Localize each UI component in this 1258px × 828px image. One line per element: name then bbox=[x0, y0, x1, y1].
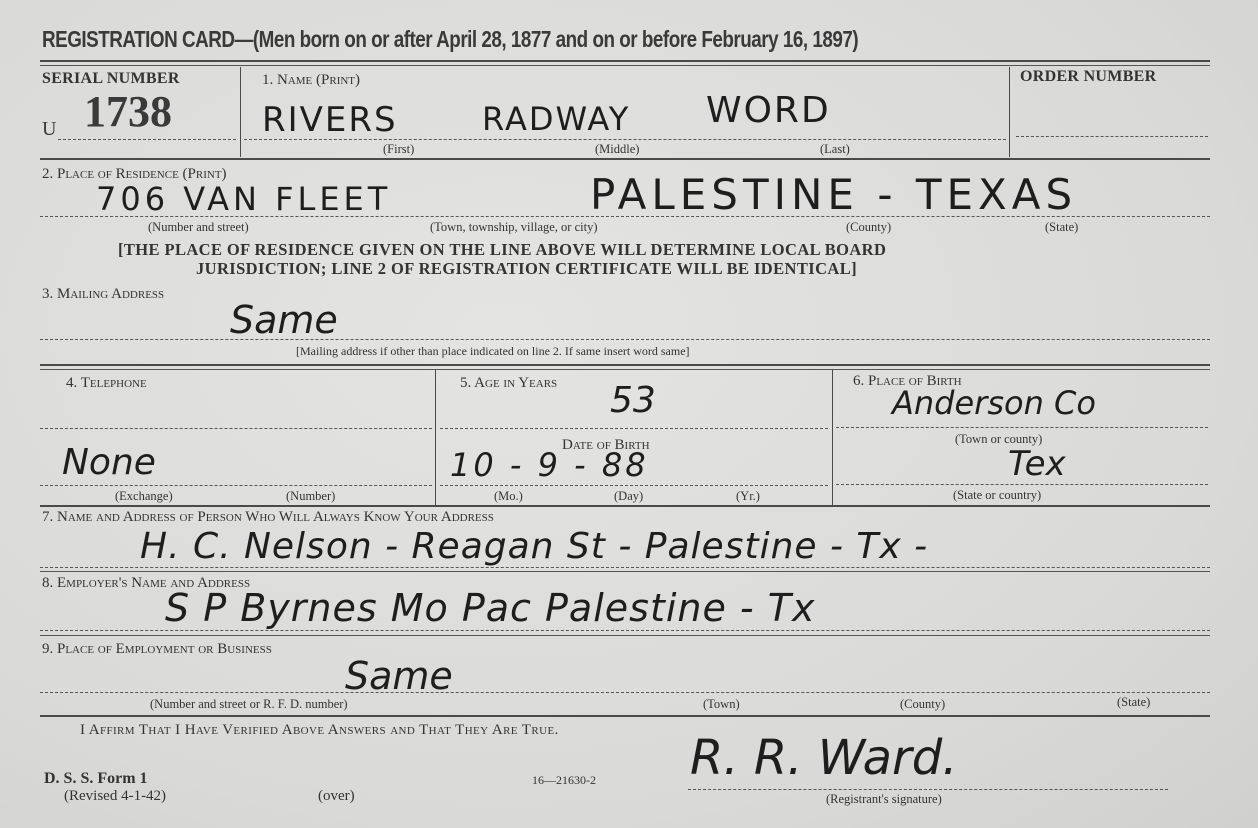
mailing-caption: [Mailing address if other than place ind… bbox=[296, 344, 690, 359]
age-underline bbox=[440, 428, 828, 429]
order-number-label: ORDER NUMBER bbox=[1020, 68, 1157, 86]
rule-3 bbox=[40, 364, 1210, 366]
serial-divider bbox=[240, 67, 241, 157]
card-title: REGISTRATION CARD—(Men born on or after … bbox=[42, 26, 858, 53]
form-number: D. S. S. Form 1 bbox=[44, 770, 148, 788]
name-middle-caption: (Middle) bbox=[595, 142, 639, 157]
employer-value: S P Byrnes Mo Pac Palestine - Tx bbox=[165, 586, 815, 630]
dob-month-caption: (Mo.) bbox=[494, 489, 523, 504]
rule-7 bbox=[40, 715, 1210, 717]
birthplace-town: Anderson Co bbox=[892, 384, 1096, 422]
age-value: 53 bbox=[610, 380, 656, 421]
order-divider bbox=[1009, 67, 1010, 157]
contact-label: 7. Name and Address of Person Who Will A… bbox=[42, 509, 494, 526]
signature-line bbox=[688, 789, 1168, 790]
tel-age-divider bbox=[435, 370, 436, 505]
jurisdiction-notice-line2: JURISDICTION; LINE 2 OF REGISTRATION CER… bbox=[196, 259, 857, 279]
over-note: (over) bbox=[318, 788, 355, 805]
employer-underline bbox=[40, 630, 1210, 631]
rule-6 bbox=[40, 635, 1210, 636]
residence-street-caption: (Number and street) bbox=[148, 220, 249, 235]
top-rule-2 bbox=[40, 65, 1210, 66]
name-label: 1. Name (Print) bbox=[262, 72, 360, 89]
employment-county-caption: (County) bbox=[900, 697, 945, 712]
serial-prefix: U bbox=[42, 118, 56, 141]
contact-underline bbox=[40, 567, 1210, 568]
mailing-address-value: Same bbox=[230, 298, 338, 342]
order-number-field bbox=[1016, 136, 1208, 137]
print-code: 16—21630-2 bbox=[532, 773, 596, 788]
registrant-signature: R. R. Ward. bbox=[690, 730, 957, 786]
name-first-caption: (First) bbox=[383, 142, 414, 157]
serial-underline bbox=[58, 139, 236, 140]
employment-underline bbox=[40, 692, 1210, 693]
rule-3b bbox=[40, 369, 1210, 370]
residence-street: 706 VAN FLEET bbox=[96, 180, 391, 218]
telephone-number-caption: (Number) bbox=[286, 489, 335, 504]
dob-year-caption: (Yr.) bbox=[736, 489, 760, 504]
employment-state-caption: (State) bbox=[1117, 695, 1150, 710]
serial-number-value: 1738 bbox=[84, 86, 172, 137]
rule-4 bbox=[40, 505, 1210, 507]
name-middle: RADWAY bbox=[482, 100, 630, 138]
mailing-address-label: 3. Mailing Address bbox=[42, 286, 164, 303]
birthplace-state-caption: (State or country) bbox=[953, 488, 1041, 503]
dob-day-caption: (Day) bbox=[614, 489, 643, 504]
residence-town-state: PALESTINE - TEXAS bbox=[590, 170, 1077, 219]
residence-town-caption: (Town, township, village, or city) bbox=[430, 220, 598, 235]
residence-state-caption: (State) bbox=[1045, 220, 1078, 235]
affirmation-text: I Affirm That I Have Verified Above Answ… bbox=[80, 722, 559, 739]
mailing-underline bbox=[40, 339, 1210, 340]
residence-underline bbox=[40, 216, 1210, 217]
form-revised: (Revised 4-1-42) bbox=[64, 788, 166, 805]
registration-card: REGISTRATION CARD—(Men born on or after … bbox=[0, 0, 1258, 828]
telephone-line1 bbox=[40, 428, 432, 429]
birthplace-state-underline bbox=[836, 484, 1208, 485]
employment-label: 9. Place of Employment or Business bbox=[42, 641, 272, 658]
employment-street-caption: (Number and street or R. F. D. number) bbox=[150, 697, 348, 712]
jurisdiction-notice-line1: [THE PLACE OF RESIDENCE GIVEN ON THE LIN… bbox=[118, 240, 886, 260]
name-first: RIVERS bbox=[262, 100, 398, 140]
rule-5 bbox=[40, 571, 1210, 572]
birthplace-state: Tex bbox=[1008, 444, 1066, 484]
top-rule bbox=[40, 60, 1210, 62]
telephone-exchange-caption: (Exchange) bbox=[115, 489, 173, 504]
name-underline bbox=[244, 139, 1006, 140]
employment-town-caption: (Town) bbox=[703, 697, 740, 712]
dob-underline bbox=[440, 485, 828, 486]
telephone-value: None bbox=[62, 442, 156, 483]
signature-caption: (Registrant's signature) bbox=[826, 792, 942, 807]
name-last-caption: (Last) bbox=[820, 142, 850, 157]
name-last: WORD bbox=[706, 90, 831, 131]
telephone-label: 4. Telephone bbox=[66, 375, 147, 392]
rule-2 bbox=[40, 158, 1210, 160]
telephone-line2 bbox=[40, 485, 432, 486]
birthplace-town-underline bbox=[836, 427, 1208, 428]
contact-value: H. C. Nelson - Reagan St - Palestine - T… bbox=[140, 526, 928, 567]
age-birth-divider bbox=[832, 370, 833, 505]
age-label: 5. Age in Years bbox=[460, 375, 557, 392]
residence-county-caption: (County) bbox=[846, 220, 891, 235]
dob-value: 10 - 9 - 88 bbox=[450, 446, 649, 484]
